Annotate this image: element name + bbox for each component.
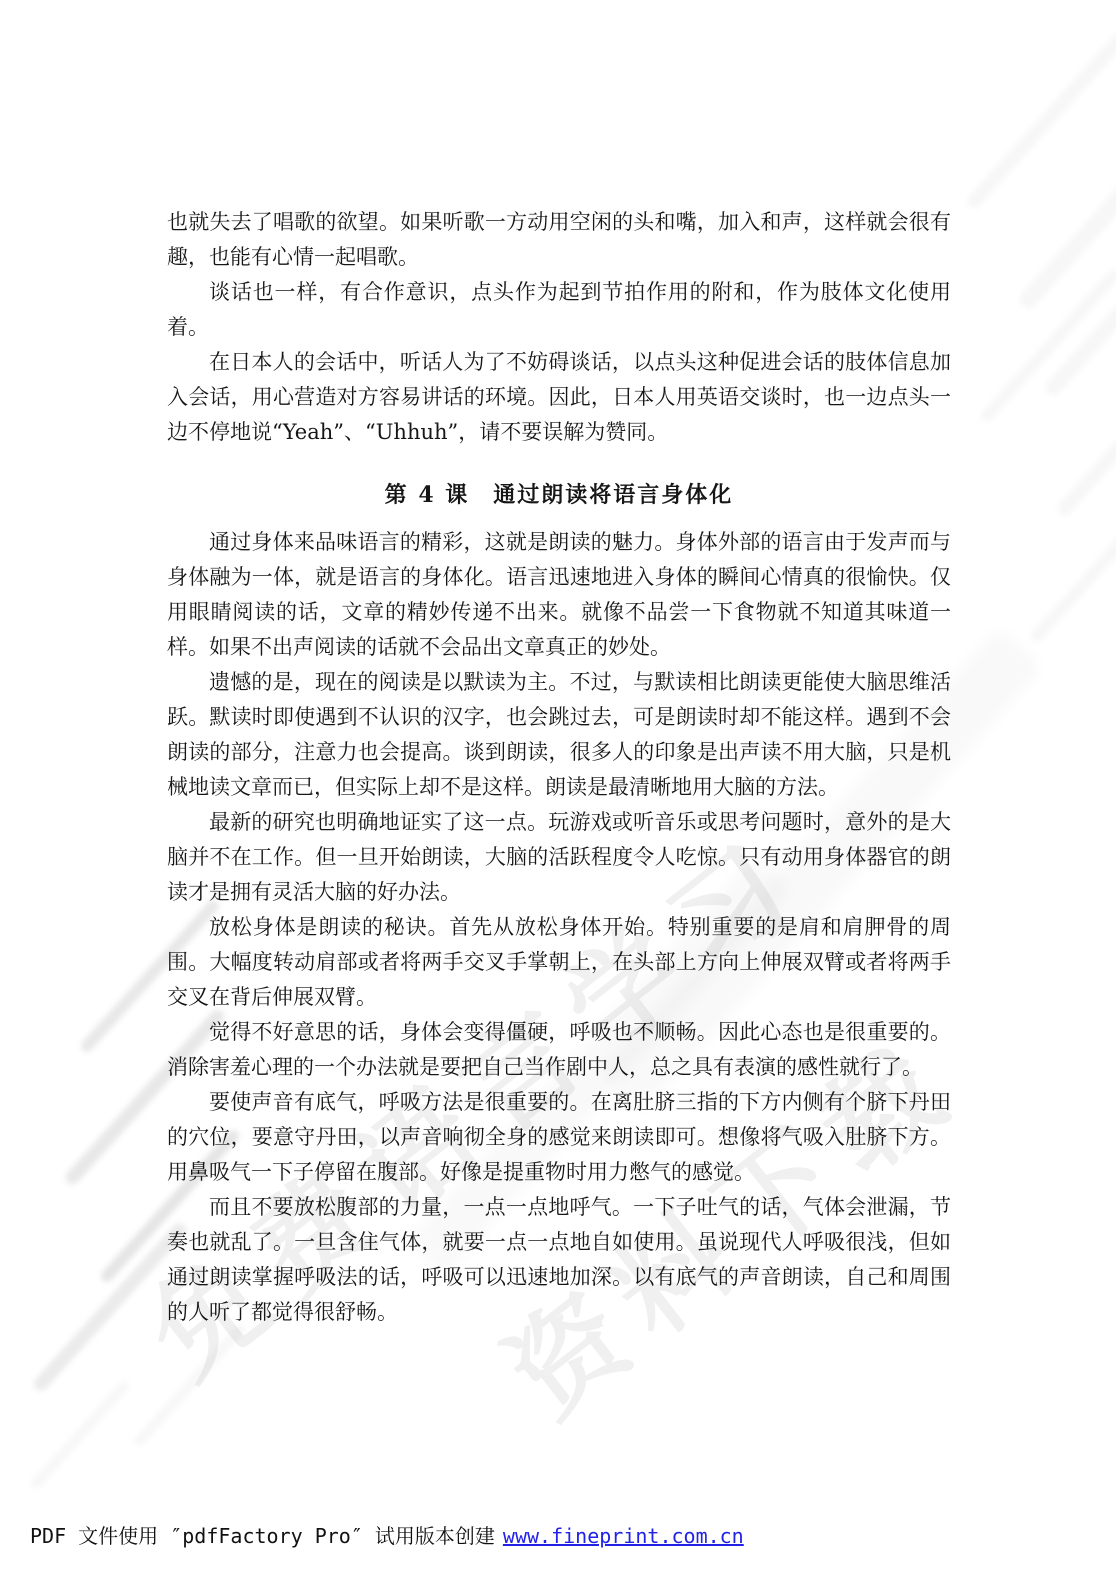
background-streak	[133, 1322, 247, 1448]
document-page: 免费语言学习 资料下载 也就失去了唱歌的欲望。如果听歌一方动用空闲的头和嘴，加入…	[0, 0, 1116, 1577]
footer: PDF 文件使用 ″pdfFactory Pro″ 试用版本创建www.fine…	[30, 1520, 744, 1549]
background-streak	[31, 1221, 189, 1394]
paragraph: 也就失去了唱歌的欲望。如果听歌一方动用空闲的头和嘴，加入和声，这样就会很有趣，也…	[167, 205, 951, 275]
paragraph: 最新的研究也明确地证实了这一点。玩游戏或听音乐或思考问题时，意外的是大脑并不在工…	[167, 805, 951, 910]
paragraph: 要使声音有底气，呼吸方法是很重要的。在离肚脐三指的下方内侧有个脐下丹田的穴位，要…	[167, 1085, 951, 1190]
paragraph: 遗憾的是，现在的阅读是以默读为主。不过，与默读相比朗读更能使大脑思维活跃。默读时…	[167, 665, 951, 805]
lesson-title: 第 4 课 通过朗读将语言身体化	[167, 478, 951, 513]
background-streak	[1016, 106, 1116, 311]
background-streak	[1055, 375, 1116, 518]
background-streak	[979, 268, 1116, 425]
footer-text: PDF 文件使用 ″pdfFactory Pro″ 试用版本创建	[30, 1524, 495, 1548]
background-streak	[1029, 488, 1116, 645]
paragraph: 通过身体来品味语言的精彩，这就是朗读的魅力。身体外部的语言由于发声而与身体融为一…	[167, 525, 951, 665]
paragraph: 在日本人的会话中，听话人为了不妨碍谈话，以点头这种促进会话的肢体信息加入会话，用…	[167, 345, 951, 450]
paragraph: 而且不要放松腹部的力量，一点一点地呼气。一下子吐气的话，气体会泄漏，节奏也就乱了…	[167, 1190, 951, 1330]
background-streak	[1042, 217, 1116, 399]
paragraph: 放松身体是朗读的秘诀。首先从放松身体开始。特别重要的是肩和肩胛骨的周围。大幅度转…	[167, 910, 951, 1015]
page-body-text: 也就失去了唱歌的欲望。如果听歌一方动用空闲的头和嘴，加入和声，这样就会很有趣，也…	[167, 205, 951, 1330]
paragraph: 觉得不好意思的话，身体会变得僵硬，呼吸也不顺畅。因此心态也是很重要的。消除害羞心…	[167, 1015, 951, 1085]
background-streak	[29, 1380, 130, 1491]
paragraph: 谈话也一样，有合作意识，点头作为起到节拍作用的附和，作为肢体文化使用着。	[167, 275, 951, 345]
background-streak	[965, 23, 1116, 211]
footer-link[interactable]: www.fineprint.com.cn	[503, 1524, 744, 1548]
